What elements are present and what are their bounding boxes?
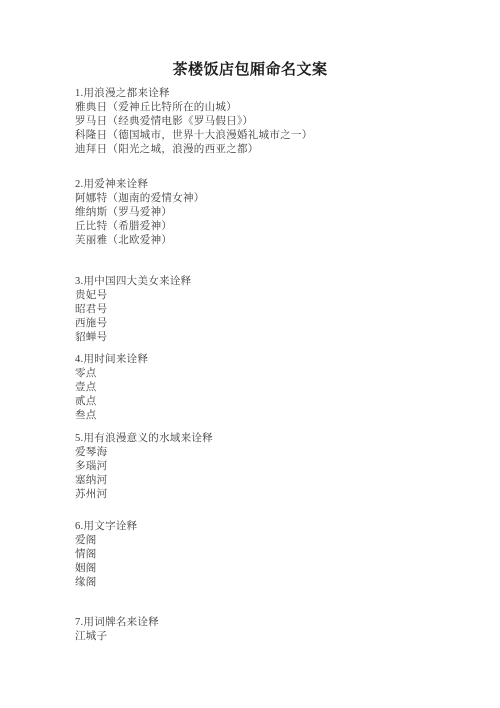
section-heading: 5.用有浪漫意义的水域来诠释 <box>75 432 475 446</box>
section-heading: 4.用时间来诠释 <box>75 353 475 367</box>
list-item: 芙丽雅（北欧爱神） <box>75 234 475 248</box>
list-item: 江城子 <box>75 630 475 644</box>
document-title: 茶楼饭店包厢命名文案 <box>0 61 500 80</box>
section-heading: 3.用中国四大美女来诠释 <box>75 275 475 289</box>
list-item: 叁点 <box>75 409 475 423</box>
section-6: 6.用文字诠释爱阁情阁姻阁缘阁 <box>75 520 475 590</box>
list-item: 貂蝉号 <box>75 331 475 345</box>
list-item: 维纳斯（罗马爱神） <box>75 206 475 220</box>
list-item: 雅典日（爱神丘比特所在的山城） <box>75 101 475 115</box>
document-page: 茶楼饭店包厢命名文案 1.用浪漫之都来诠释雅典日（爱神丘比特所在的山城）罗马日（… <box>0 0 500 708</box>
list-item: 爱阁 <box>75 534 475 548</box>
section-3: 3.用中国四大美女来诠释贵妃号昭君号西施号貂蝉号 <box>75 275 475 345</box>
list-item: 丘比特（希腊爱神） <box>75 220 475 234</box>
section-heading: 7.用词牌名来诠释 <box>75 616 475 630</box>
section-heading: 1.用浪漫之都来诠释 <box>75 87 475 101</box>
list-item: 苏州河 <box>75 488 475 502</box>
list-item: 塞纳河 <box>75 474 475 488</box>
list-item: 姻阁 <box>75 562 475 576</box>
list-item: 昭君号 <box>75 303 475 317</box>
list-item: 壹点 <box>75 381 475 395</box>
list-item: 西施号 <box>75 317 475 331</box>
list-item: 阿娜特（迦南的爱情女神） <box>75 192 475 206</box>
document-content: 1.用浪漫之都来诠释雅典日（爱神丘比特所在的山城）罗马日（经典爱情电影《罗马假日… <box>75 87 475 644</box>
section-heading: 6.用文字诠释 <box>75 520 475 534</box>
list-item: 爱琴海 <box>75 446 475 460</box>
list-item: 缘阁 <box>75 576 475 590</box>
list-item: 罗马日（经典爱情电影《罗马假日》） <box>75 115 475 129</box>
list-item: 科隆日（德国城市，世界十大浪漫婚礼城市之一） <box>75 129 475 143</box>
list-item: 零点 <box>75 367 475 381</box>
section-2: 2.用爱神来诠释阿娜特（迦南的爱情女神）维纳斯（罗马爱神）丘比特（希腊爱神）芙丽… <box>75 178 475 248</box>
list-item: 情阁 <box>75 548 475 562</box>
section-4: 4.用时间来诠释零点壹点贰点叁点 <box>75 353 475 423</box>
list-item: 多瑙河 <box>75 460 475 474</box>
section-1: 1.用浪漫之都来诠释雅典日（爱神丘比特所在的山城）罗马日（经典爱情电影《罗马假日… <box>75 87 475 157</box>
list-item: 贵妃号 <box>75 289 475 303</box>
section-heading: 2.用爱神来诠释 <box>75 178 475 192</box>
section-5: 5.用有浪漫意义的水域来诠释爱琴海多瑙河塞纳河苏州河 <box>75 432 475 502</box>
list-item: 迪拜日（阳光之城，浪漫的西亚之都） <box>75 143 475 157</box>
section-7: 7.用词牌名来诠释江城子 <box>75 616 475 644</box>
list-item: 贰点 <box>75 395 475 409</box>
